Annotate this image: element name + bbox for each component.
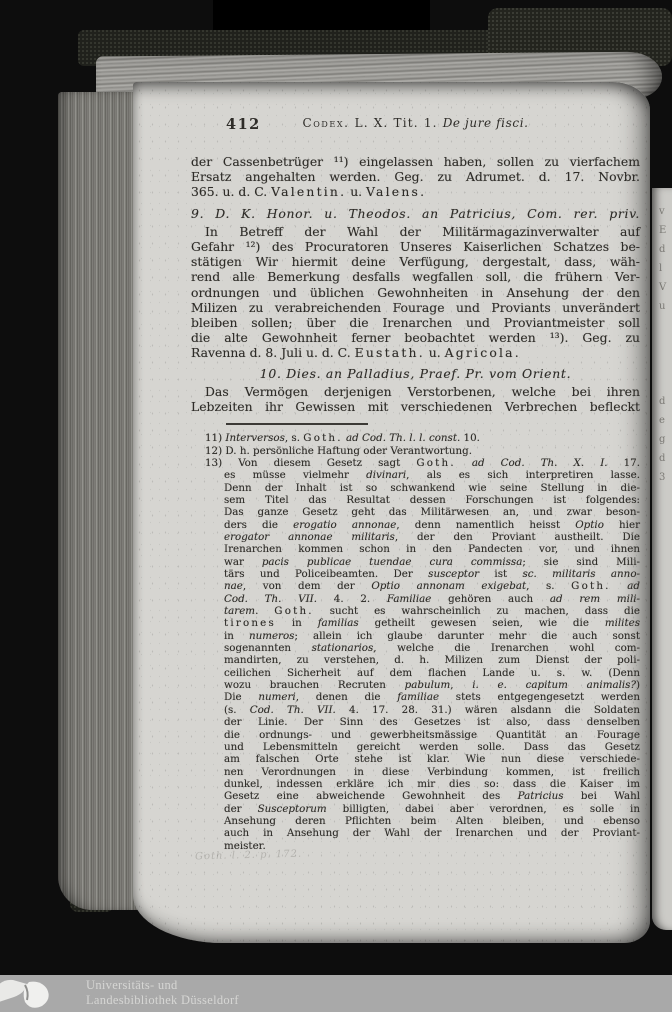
text-line: Das ganze Gesetz geht das Militärwesen a… [191,506,640,518]
text-line: rend alle Bemerkung desfalls wegfallen s… [191,269,640,284]
library-name: Universitäts- und Landesbibliothek Düsse… [86,978,239,1008]
facing-page-sliver: v E d l V u d e g d 3 [652,188,672,930]
text-line: mandirten, zu verstehen, d. h. Milizen z… [191,654,640,666]
text-line: (s. Cod. Th. VII. 4. 17. 28. 31.) wären … [191,704,640,716]
text-line: es müsse vielmehr divinari, als es sich … [191,469,640,481]
text-line: 365. u. d. C. Valentin. u. Valens. [191,184,640,199]
text-line: sogenannten stationarios, welche die Ire… [191,642,640,654]
text-line: 12) D. h. persönliche Haftung oder Veran… [191,445,640,457]
text-line: Das Vermögen derjenigen Verstorbenen, we… [191,384,640,399]
library-watermark-bar: Universitäts- und Landesbibliothek Düsse… [0,975,672,1012]
text-line: die ordnungs- und gewerbheitsmässige Qua… [191,729,640,741]
ink-showthrough-note: Goth. l. 2. p. 172. [195,849,302,863]
text-line: 9. D. K. Honor. u. Theodos. an Patricius… [191,206,640,221]
text-line: Denn der Inhalt ist so schwankend wie se… [191,482,640,494]
text-line: 11) Interversos, s. Goth. ad Cod. Th. l.… [191,432,640,444]
text-line: in numeros; allein ich glaube darunter m… [191,630,640,642]
text-line: ders die erogatio annonae, denn namentli… [191,519,640,531]
text-line: und Lebensmitteln gereicht werden solle.… [191,741,640,753]
text-line: 10. Dies. an Palladius, Praef. Pr. vom O… [191,366,640,381]
text-line: Ravenna d. 8. Juli u. d. C. Eustath. u. … [191,345,640,360]
text-line: Die numeri, denen die familiae stets ent… [191,691,640,703]
text-line: die alte Gewohnheit ferner beobachtet we… [191,330,640,345]
text-line: stätigen Wir hiermit deine Verfügung, de… [191,254,640,269]
text-line: tärs und Policeibeamten. Der susceptor i… [191,568,640,580]
scanned-book-page: 412 Codex. L. X. Tit. 1. De jure fisci. … [133,82,650,943]
footnotes: 11) Interversos, s. Goth. ad Cod. Th. l.… [191,432,640,852]
text-line: der Susceptorum billigten, dabei aber ve… [191,803,640,815]
text-line: Gesetz eine abweichende Gewohnheit des P… [191,790,640,802]
text-line: dunkel, indessen erkläre ich mir dies so… [191,778,640,790]
text-line: Milizen zu verabreichenden Fourage und P… [191,300,640,315]
text-line: wozu brauchen Recruten pabulum, i. e. ca… [191,679,640,691]
library-name-line2: Landesbibliothek Düsseldorf [86,993,239,1008]
library-logo-icon [0,976,54,1012]
text-line: der Linie. Der Sinn des Gesetzes ist als… [191,716,640,728]
page-content: 412 Codex. L. X. Tit. 1. De jure fisci. … [191,116,640,852]
text-line: Ansehung deren Pflichten beim Alten blei… [191,815,640,827]
text-line: Gefahr ¹²) des Procuratoren Unseres Kais… [191,239,640,254]
running-header: 412 Codex. L. X. Tit. 1. De jure fisci. [191,116,640,133]
text-line: sem Titel das Resultat dessen Forschunge… [191,494,640,506]
text-line: am falschen Orte stehe ist klar. Wie nun… [191,753,640,765]
text-line: Irenarchen kommen schon in den Pandecten… [191,543,640,555]
text-line: Cod. Th. VII. 4. 2. Familiae gehören auc… [191,593,640,605]
text-line: Ersatz angehalten werden. Geg. zu Adrume… [191,169,640,184]
page-block-fore-edge [58,92,140,910]
text-line: nae, von dem der Optio annonam exigebat,… [191,580,640,592]
text-line: ceilichen Sicherheit auf dem flachen Lan… [191,667,640,679]
library-name-line1: Universitäts- und [86,978,239,993]
text-line: war pacis publicae tuendae cura commissa… [191,556,640,568]
body-text: der Cassenbetrüger ¹¹) eingelassen haben… [191,154,640,414]
text-line: ordnungen und üblichen Gewohnheiten in A… [191,285,640,300]
text-line: tarem. Goth. sucht es wahrscheinlich zu … [191,605,640,617]
page-number: 412 [226,116,261,133]
text-line: nen Verordnungen in diese Verbindung kom… [191,766,640,778]
text-line: 13) Von diesem Gesetz sagt Goth. ad Cod.… [191,457,640,469]
text-line: tirones in familias getheilt gewesen sei… [191,617,640,629]
text-line: bleiben sollen; über die Irenarchen und … [191,315,640,330]
text-line: erogator annonae militaris, der den Prov… [191,531,640,543]
footnote-separator [226,423,368,425]
text-line: Lebzeiten ihr Gewissen mit verschiedenen… [191,399,640,414]
text-line: In Betreff der Wahl der Militärmagazinve… [191,224,640,239]
text-line: der Cassenbetrüger ¹¹) eingelassen haben… [191,154,640,169]
text-line: auch in Ansehung der Wahl der Irenarchen… [191,827,640,839]
